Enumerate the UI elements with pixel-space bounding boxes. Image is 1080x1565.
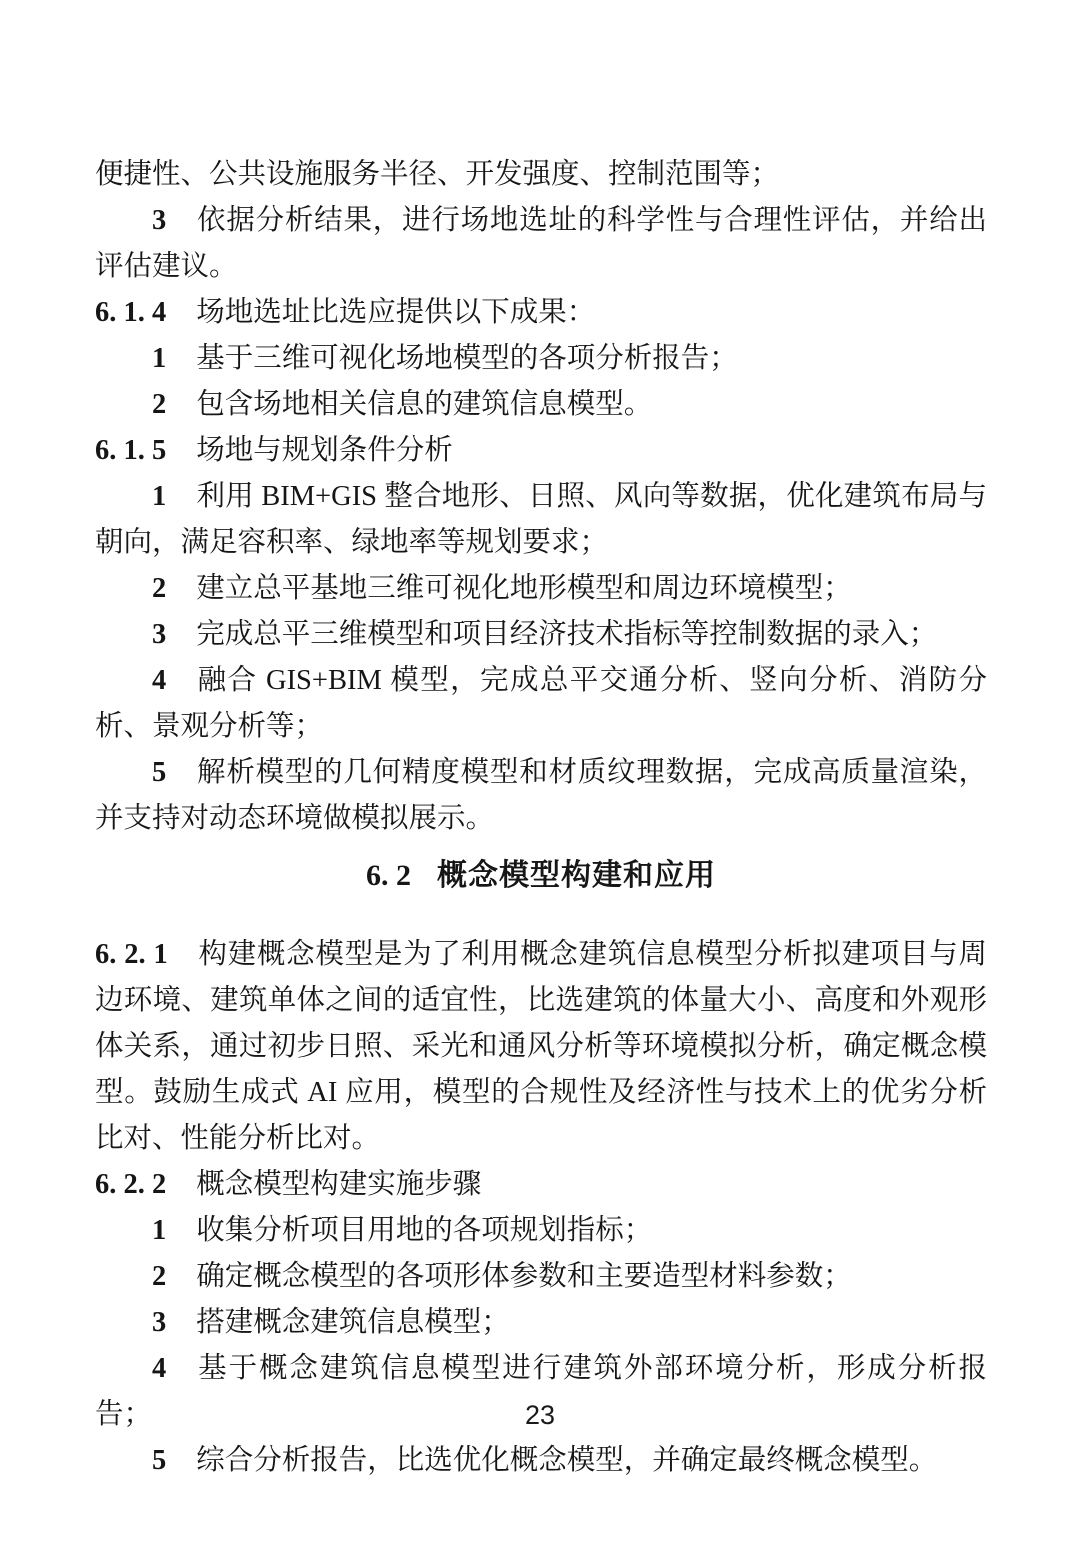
numbered-item: 5综合分析报告，比选优化概念模型，并确定最终概念模型。 — [95, 1438, 987, 1484]
item-number: 1 — [152, 481, 166, 512]
numbered-item: 1利用 BIM+GIS 整合地形、日照、风向等数据，优化建筑布局与朝向，满足容积… — [95, 474, 987, 566]
clause-number: 6. 1. 4 — [95, 297, 166, 328]
paragraph-text: 场地选址比选应提供以下成果： — [196, 297, 595, 328]
paragraph-text: 场地与规划条件分析 — [196, 435, 453, 466]
paragraph-text: 基于三维可视化场地模型的各项分析报告； — [196, 343, 738, 374]
numbered-item: 2包含场地相关信息的建筑信息模型。 — [95, 382, 987, 428]
paragraph-text: 收集分析项目用地的各项规划指标； — [196, 1215, 652, 1246]
numbered-item: 2建立总平基地三维可视化地形模型和周边环境模型； — [95, 566, 987, 612]
paragraph-text: 完成总平三维模型和项目经济技术指标等控制数据的录入； — [196, 619, 937, 650]
item-number: 2 — [152, 1261, 166, 1292]
page-content: 便捷性、公共设施服务半径、开发强度、控制范围等； 3依据分析结果，进行场地选址的… — [95, 152, 987, 1484]
numbered-item: 3依据分析结果，进行场地选址的科学性与合理性评估，并给出评估建议。 — [95, 198, 987, 290]
clause-paragraph: 6. 1. 4场地选址比选应提供以下成果： — [95, 290, 987, 336]
item-number: 5 — [152, 1445, 166, 1476]
document-page: 便捷性、公共设施服务半径、开发强度、控制范围等； 3依据分析结果，进行场地选址的… — [0, 0, 1080, 1565]
paragraph-text: 依据分析结果，进行场地选址的科学性与合理性评估，并给出评估建议。 — [95, 205, 987, 282]
clause-number: 6. 1. 5 — [95, 435, 166, 466]
paragraph-text: 建立总平基地三维可视化地形模型和周边环境模型； — [196, 573, 852, 604]
item-number: 1 — [152, 343, 166, 374]
numbered-item: 2确定概念模型的各项形体参数和主要造型材料参数； — [95, 1254, 987, 1300]
paragraph-text: 包含场地相关信息的建筑信息模型。 — [196, 389, 652, 420]
page-number: 23 — [0, 1398, 1080, 1432]
item-number: 2 — [152, 573, 166, 604]
paragraph-text: 融合 GIS+BIM 模型，完成总平交通分析、竖向分析、消防分析、景观分析等； — [95, 665, 987, 742]
item-number: 3 — [152, 1307, 166, 1338]
numbered-item: 3搭建概念建筑信息模型； — [95, 1300, 987, 1346]
paragraph-text: 确定概念模型的各项形体参数和主要造型材料参数； — [196, 1261, 852, 1292]
paragraph-text: 概念模型构建实施步骤 — [196, 1169, 481, 1200]
clause-paragraph: 6. 2. 2概念模型构建实施步骤 — [95, 1162, 987, 1208]
clause-number: 6. 2. 1 — [95, 939, 168, 970]
section-number: 6. 2 — [366, 859, 411, 892]
clause-number: 6. 2. 2 — [95, 1169, 166, 1200]
continuation-paragraph: 便捷性、公共设施服务半径、开发强度、控制范围等； — [95, 152, 987, 198]
paragraph-text: 搭建概念建筑信息模型； — [196, 1307, 510, 1338]
numbered-item: 3完成总平三维模型和项目经济技术指标等控制数据的录入； — [95, 612, 987, 658]
numbered-item: 1收集分析项目用地的各项规划指标； — [95, 1208, 987, 1254]
paragraph-text: 综合分析报告，比选优化概念模型，并确定最终概念模型。 — [196, 1445, 937, 1476]
item-number: 1 — [152, 1215, 166, 1246]
section-title: 概念模型构建和应用 — [437, 859, 716, 892]
numbered-item: 4融合 GIS+BIM 模型，完成总平交通分析、竖向分析、消防分析、景观分析等； — [95, 658, 987, 750]
paragraph-text: 解析模型的几何精度模型和材质纹理数据，完成高质量渲染，并支持对动态环境做模拟展示… — [95, 757, 987, 834]
numbered-item: 5解析模型的几何精度模型和材质纹理数据，完成高质量渲染，并支持对动态环境做模拟展… — [95, 750, 987, 842]
item-number: 3 — [152, 619, 166, 650]
item-number: 4 — [152, 1353, 166, 1384]
paragraph-text: 利用 BIM+GIS 整合地形、日照、风向等数据，优化建筑布局与朝向，满足容积率… — [95, 481, 987, 558]
item-number: 2 — [152, 389, 166, 420]
paragraph-text: 构建概念模型是为了利用概念建筑信息模型分析拟建项目与周边环境、建筑单体之间的适宜… — [95, 939, 987, 1154]
numbered-item: 1基于三维可视化场地模型的各项分析报告； — [95, 336, 987, 382]
item-number: 5 — [152, 757, 166, 788]
paragraph-text: 便捷性、公共设施服务半径、开发强度、控制范围等； — [95, 159, 779, 190]
item-number: 3 — [152, 205, 166, 236]
item-number: 4 — [152, 665, 166, 696]
clause-paragraph: 6. 2. 1构建概念模型是为了利用概念建筑信息模型分析拟建项目与周边环境、建筑… — [95, 932, 987, 1162]
section-heading: 6. 2概念模型构建和应用 — [95, 853, 987, 899]
clause-paragraph: 6. 1. 5场地与规划条件分析 — [95, 428, 987, 474]
